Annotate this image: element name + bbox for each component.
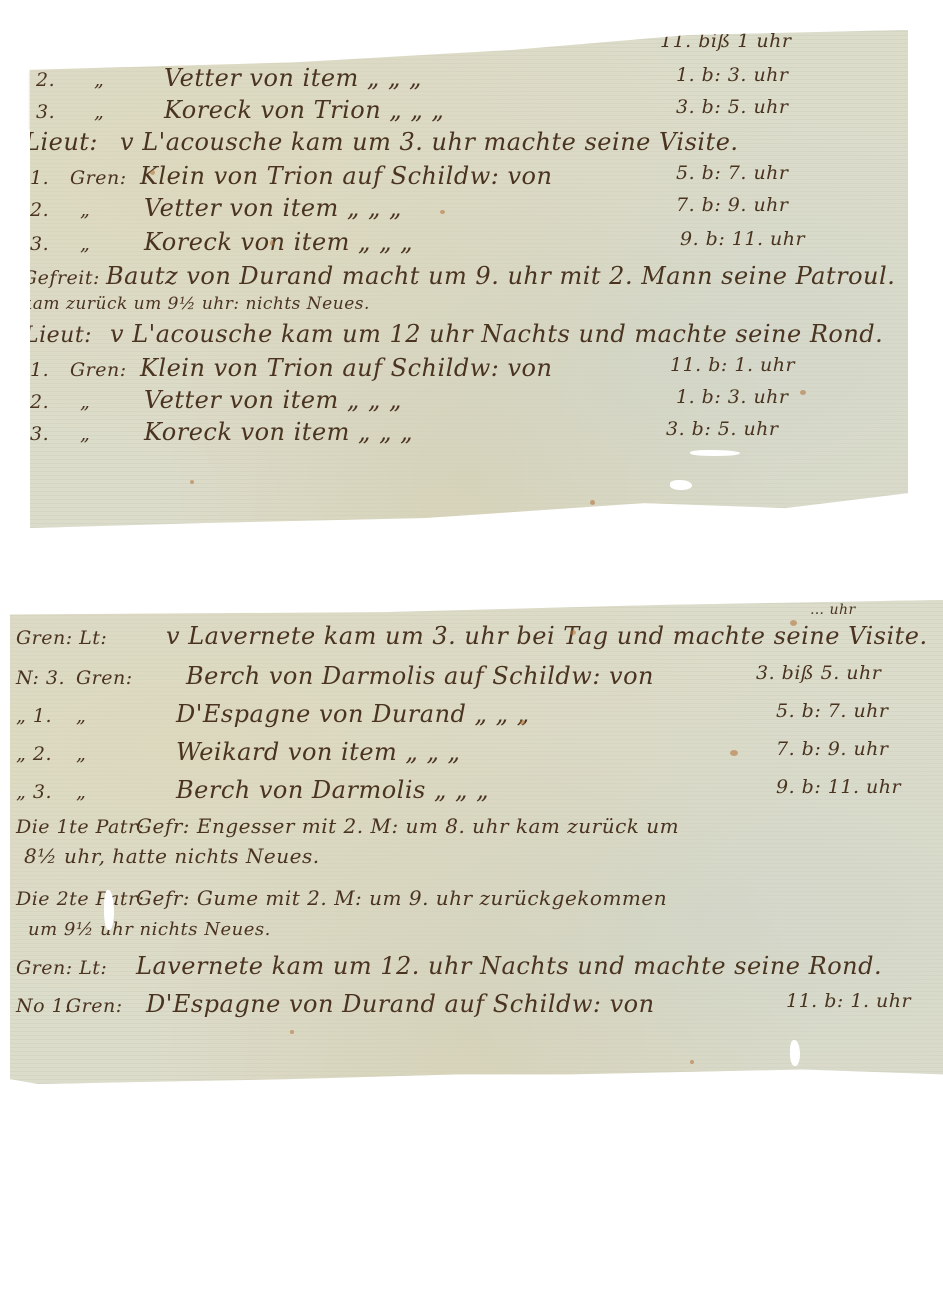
- entry-text: Gefr: Gume mit 2. M: um 9. uhr zurückgek…: [136, 886, 667, 910]
- rank: „: [94, 69, 164, 91]
- entry-text: Berch von Darmolis „ „ „: [176, 776, 489, 804]
- text-line: Gren: Lt:Lavernete kam um 12. uhr Nachts…: [16, 952, 936, 980]
- line-number: „ 3.: [16, 781, 76, 803]
- stain-spot: [730, 750, 738, 756]
- line-number: „ 2.: [16, 743, 76, 765]
- time-range: 1. b: 3. uhr: [676, 64, 789, 86]
- rank: Gefreit:: [22, 267, 106, 289]
- stain-spot: [270, 240, 274, 246]
- paper-tear: [790, 1040, 800, 1066]
- stain-spot: [570, 630, 576, 635]
- entry-text: D'Espagne von Durand „ „ „: [176, 700, 530, 728]
- text-line: „ 1.„D'Espagne von Durand „ „ „ 5. b: 7.…: [16, 700, 936, 728]
- text-line: No 1.Gren:D'Espagne von Durand auf Schil…: [16, 990, 936, 1018]
- text-line: 8½ uhr, hatte nichts Neues.: [24, 844, 943, 868]
- time-range: 11. biß 1 uhr: [660, 30, 791, 52]
- entry-text: D'Espagne von Durand auf Schildw: von: [146, 990, 655, 1018]
- rank: Gren:: [70, 167, 140, 189]
- stain-spot: [800, 390, 806, 395]
- time-range: 5. b: 7. uhr: [776, 700, 889, 722]
- line-number: 2.: [30, 391, 80, 413]
- entry-text: Vetter von item „ „ „: [164, 64, 422, 92]
- entry-text: Gefr: Engesser mit 2. M: um 8. uhr kam z…: [136, 814, 679, 838]
- stain-spot: [290, 1030, 294, 1034]
- time-range: 9. b: 11. uhr: [680, 228, 805, 250]
- rank: „: [80, 233, 144, 255]
- stain-spot: [190, 480, 194, 484]
- text-line: Gefreit:Bautz von Durand macht um 9. uhr…: [22, 262, 902, 290]
- rank: Gren: Lt:: [16, 627, 166, 649]
- entry-text: kam zurück um 9½ uhr: nichts Neues.: [22, 294, 370, 314]
- text-line: Die 1te Patr:Gefr: Engesser mit 2. M: um…: [16, 814, 936, 838]
- entry-text: Lavernete kam um 12. uhr Nachts und mach…: [136, 952, 882, 980]
- rank: Lieut:: [24, 128, 120, 156]
- rank: „: [76, 705, 176, 727]
- handwriting-lines: … uhr Gren: Lt:v Lavernete kam um 3. uhr…: [10, 600, 943, 1084]
- text-line: „ 2.„Weikard von item „ „ „ 7. b: 9. uhr: [16, 738, 936, 766]
- time-range: … uhr: [810, 602, 856, 618]
- text-line: 2.„Vetter von item „ „ „ 1. b: 3. uhr: [30, 386, 890, 414]
- stain-spot: [520, 720, 525, 725]
- entry-text: v L'acousche kam um 12 uhr Nachts und ma…: [110, 320, 883, 348]
- text-line: Lieut:v L'acousche kam um 3. uhr machte …: [24, 128, 884, 156]
- text-line: „ 3.„Berch von Darmolis „ „ „ 9. b: 11. …: [16, 776, 936, 804]
- text-line: kam zurück um 9½ uhr: nichts Neues.: [22, 294, 902, 314]
- rank: Die 1te Patr:: [16, 816, 136, 838]
- rank: Gren:: [76, 667, 186, 689]
- time-range: 7. b: 9. uhr: [676, 194, 789, 216]
- text-line: 1.Gren:Klein von Trion auf Schildw: von …: [30, 354, 890, 382]
- entry-text: v L'acousche kam um 3. uhr machte seine …: [120, 128, 739, 156]
- line-number: 3.: [36, 101, 94, 123]
- line-number: 2.: [36, 69, 94, 91]
- text-line: 2.„Vetter von item „ „ „ 1. b: 3. uhr: [36, 64, 896, 92]
- time-range: 5. b: 7. uhr: [676, 162, 789, 184]
- text-line: … uhr: [810, 602, 856, 618]
- entry-text: Berch von Darmolis auf Schildw: von: [186, 662, 654, 690]
- rank: Gren: Lt:: [16, 957, 136, 979]
- line-number: „ 1.: [16, 705, 76, 727]
- time-range: 7. b: 9. uhr: [776, 738, 889, 760]
- manuscript-fragment-top: 11. biß 1 uhr 2.„Vetter von item „ „ „ 1…: [30, 30, 908, 528]
- entry-text: v Lavernete kam um 3. uhr bei Tag und ma…: [166, 622, 928, 650]
- rank: Die 2te Patr:: [16, 888, 136, 910]
- entry-text: Vetter von item „ „ „: [144, 194, 402, 222]
- paper-tear: [670, 480, 692, 490]
- text-line: Gren: Lt:v Lavernete kam um 3. uhr bei T…: [16, 622, 936, 650]
- entry-text: Koreck von item „ „ „: [144, 228, 413, 256]
- entry-text: Koreck von Trion „ „ „: [164, 96, 444, 124]
- rank: „: [80, 199, 144, 221]
- line-number: 1.: [30, 167, 70, 189]
- rank: „: [76, 743, 176, 765]
- time-range: 11. b: 1. uhr: [786, 990, 911, 1012]
- stain-spot: [150, 170, 155, 175]
- line-number: 3.: [30, 233, 80, 255]
- line-number: 1.: [30, 359, 70, 381]
- rank: Gren:: [70, 359, 140, 381]
- entry-text: Klein von Trion auf Schildw: von: [140, 354, 552, 382]
- time-range: 3. b: 5. uhr: [676, 96, 789, 118]
- entry-text: Bautz von Durand macht um 9. uhr mit 2. …: [106, 262, 895, 290]
- time-range: 9. b: 11. uhr: [776, 776, 901, 798]
- text-line: um 9½ uhr nichts Neues.: [28, 918, 943, 940]
- entry-text: Vetter von item „ „ „: [144, 386, 402, 414]
- entry-text: 8½ uhr, hatte nichts Neues.: [24, 844, 320, 868]
- manuscript-fragment-bottom: … uhr Gren: Lt:v Lavernete kam um 3. uhr…: [10, 600, 943, 1084]
- paper-tear: [104, 890, 114, 930]
- paper-tear: [690, 450, 740, 456]
- text-line: 3.„Koreck von item „ „ „ 3. b: 5. uhr: [30, 418, 890, 446]
- text-line: 3.„Koreck von Trion „ „ „ 3. b: 5. uhr: [36, 96, 896, 124]
- line-number: 2.: [30, 199, 80, 221]
- stain-spot: [690, 1060, 694, 1064]
- entry-text: Weikard von item „ „ „: [176, 738, 460, 766]
- rank: „: [80, 423, 144, 445]
- text-line: N: 3.Gren:Berch von Darmolis auf Schildw…: [16, 662, 936, 690]
- text-line: 2.„Vetter von item „ „ „ 7. b: 9. uhr: [30, 194, 890, 222]
- stain-spot: [440, 210, 445, 214]
- line-number: N: 3.: [16, 667, 76, 689]
- time-range: 3. b: 5. uhr: [666, 418, 779, 440]
- rank: „: [94, 101, 164, 123]
- text-line: Die 2te Patr:Gefr: Gume mit 2. M: um 9. …: [16, 886, 936, 910]
- entry-text: um 9½ uhr nichts Neues.: [28, 919, 271, 940]
- handwriting-lines: 11. biß 1 uhr 2.„Vetter von item „ „ „ 1…: [30, 30, 908, 528]
- rank: Lieut:: [24, 323, 110, 348]
- rank: Gren:: [66, 995, 146, 1017]
- text-line: 1.Gren:Klein von Trion auf Schildw: von …: [30, 162, 890, 190]
- stain-spot: [590, 500, 595, 505]
- time-range: 11. b: 1. uhr: [670, 354, 795, 376]
- rank: „: [80, 391, 144, 413]
- stain-spot: [790, 620, 797, 626]
- entry-text: Klein von Trion auf Schildw: von: [140, 162, 552, 190]
- line-number: 3.: [30, 423, 80, 445]
- entry-text: Koreck von item „ „ „: [144, 418, 413, 446]
- rank: „: [76, 781, 176, 803]
- text-line: 3.„Koreck von item „ „ „ 9. b: 11. uhr: [30, 228, 890, 256]
- line-number: No 1.: [16, 995, 66, 1017]
- time-range: 3. biß 5. uhr: [756, 662, 881, 684]
- text-line: Lieut:v L'acousche kam um 12 uhr Nachts …: [24, 320, 904, 348]
- time-range: 1. b: 3. uhr: [676, 386, 789, 408]
